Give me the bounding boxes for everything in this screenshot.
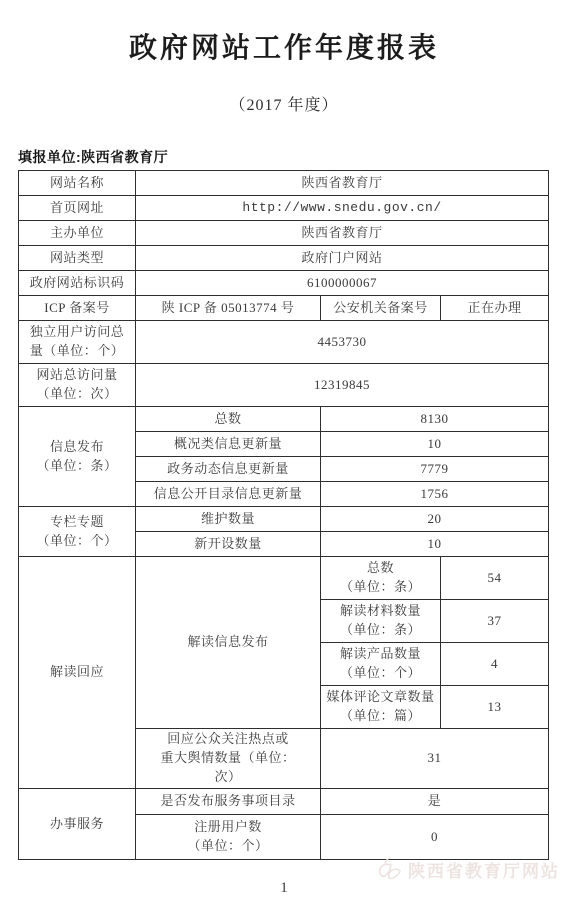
row-value: 8130: [321, 407, 549, 432]
row-value: 4: [441, 643, 549, 686]
row-label: 回应公众关注热点或 重大舆情数量（单位： 次）: [136, 729, 321, 789]
table-row: 政府网站标识码 6100000067: [19, 271, 549, 296]
row-label: 新开设数量: [136, 532, 321, 557]
table-row: 主办单位 陕西省教育厅: [19, 221, 549, 246]
row-value: 13: [441, 686, 549, 729]
row-value: 54: [441, 557, 549, 600]
watermark: 陕西省教育厅网站: [376, 856, 560, 882]
row-value: 12319845: [136, 364, 549, 407]
row-value: 31: [321, 729, 549, 789]
group-label-special-columns: 专栏专题 （单位：个）: [19, 507, 136, 557]
table-row: 网站名称 陕西省教育厅: [19, 171, 549, 196]
row-value: 4453730: [136, 321, 549, 364]
row-value: 0: [321, 815, 549, 860]
reporting-unit-value: 陕西省教育厅: [81, 149, 168, 165]
row-value: 10: [321, 432, 549, 457]
table-row: 首页网址 http://www.snedu.gov.cn/: [19, 196, 549, 221]
row-value: 1756: [321, 482, 549, 507]
police-filing-label: 公安机关备案号: [321, 296, 441, 321]
watermark-logo-icon: [376, 856, 406, 882]
row-value: 是: [321, 789, 549, 815]
table-row: 网站类型 政府门户网站: [19, 246, 549, 271]
row-label: 政府网站标识码: [19, 271, 136, 296]
interpretation-publish-label: 解读信息发布: [136, 557, 321, 729]
watermark-text: 陕西省教育厅网站: [408, 857, 560, 882]
page-title: 政府网站工作年度报表: [0, 0, 568, 66]
table-row: 独立用户访问总 量（单位：个） 4453730: [19, 321, 549, 364]
row-value: 10: [321, 532, 549, 557]
row-label: 信息公开目录信息更新量: [136, 482, 321, 507]
row-value: 6100000067: [136, 271, 549, 296]
row-label: 是否发布服务事项目录: [136, 789, 321, 815]
police-filing-value: 正在办理: [441, 296, 549, 321]
icp-row: ICP 备案号 陕 ICP 备 05013774 号 公安机关备案号 正在办理: [19, 296, 549, 321]
table-row: 办事服务 是否发布服务事项目录 是: [19, 789, 549, 815]
row-label: 总数 （单位：条）: [321, 557, 441, 600]
table-row: 专栏专题 （单位：个） 维护数量 20: [19, 507, 549, 532]
reporting-unit-line: 填报单位:陕西省教育厅: [18, 147, 168, 167]
row-value: 7779: [321, 457, 549, 482]
row-label: 首页网址: [19, 196, 136, 221]
row-label: 维护数量: [136, 507, 321, 532]
reporting-unit-label: 填报单位:: [18, 149, 81, 165]
annual-report-table: 网站名称 陕西省教育厅 首页网址 http://www.snedu.gov.cn…: [18, 170, 549, 860]
table-row: 网站总访问量 （单位：次） 12319845: [19, 364, 549, 407]
table-row: 解读回应 解读信息发布 总数 （单位：条） 54: [19, 557, 549, 600]
row-label: 独立用户访问总 量（单位：个）: [19, 321, 136, 364]
homepage-url: http://www.snedu.gov.cn/: [136, 196, 549, 221]
row-label: 网站总访问量 （单位：次）: [19, 364, 136, 407]
page-number: 1: [0, 880, 568, 897]
row-label: 政务动态信息更新量: [136, 457, 321, 482]
group-label-services: 办事服务: [19, 789, 136, 860]
report-year-subtitle: （2017 年度）: [0, 92, 568, 115]
row-label: 概况类信息更新量: [136, 432, 321, 457]
row-label: 注册用户数 （单位：个）: [136, 815, 321, 860]
row-value: 陕西省教育厅: [136, 171, 549, 196]
row-value: 陕西省教育厅: [136, 221, 549, 246]
row-label: 媒体评论文章数量 （单位：篇）: [321, 686, 441, 729]
row-label: 网站名称: [19, 171, 136, 196]
row-label: 主办单位: [19, 221, 136, 246]
report-page: 政府网站工作年度报表 （2017 年度） 填报单位:陕西省教育厅 网站名称 陕西…: [0, 0, 568, 908]
row-value: 政府门户网站: [136, 246, 549, 271]
row-label: 总数: [136, 407, 321, 432]
row-label: 解读产品数量 （单位：个）: [321, 643, 441, 686]
table-row: 信息发布 （单位：条） 总数 8130: [19, 407, 549, 432]
icp-number: 陕 ICP 备 05013774 号: [136, 296, 321, 321]
group-label-interpretation: 解读回应: [19, 557, 136, 789]
row-value: 20: [321, 507, 549, 532]
row-label: 网站类型: [19, 246, 136, 271]
row-label: 解读材料数量 （单位：条）: [321, 600, 441, 643]
row-label: ICP 备案号: [19, 296, 136, 321]
group-label-info-publish: 信息发布 （单位：条）: [19, 407, 136, 507]
row-value: 37: [441, 600, 549, 643]
